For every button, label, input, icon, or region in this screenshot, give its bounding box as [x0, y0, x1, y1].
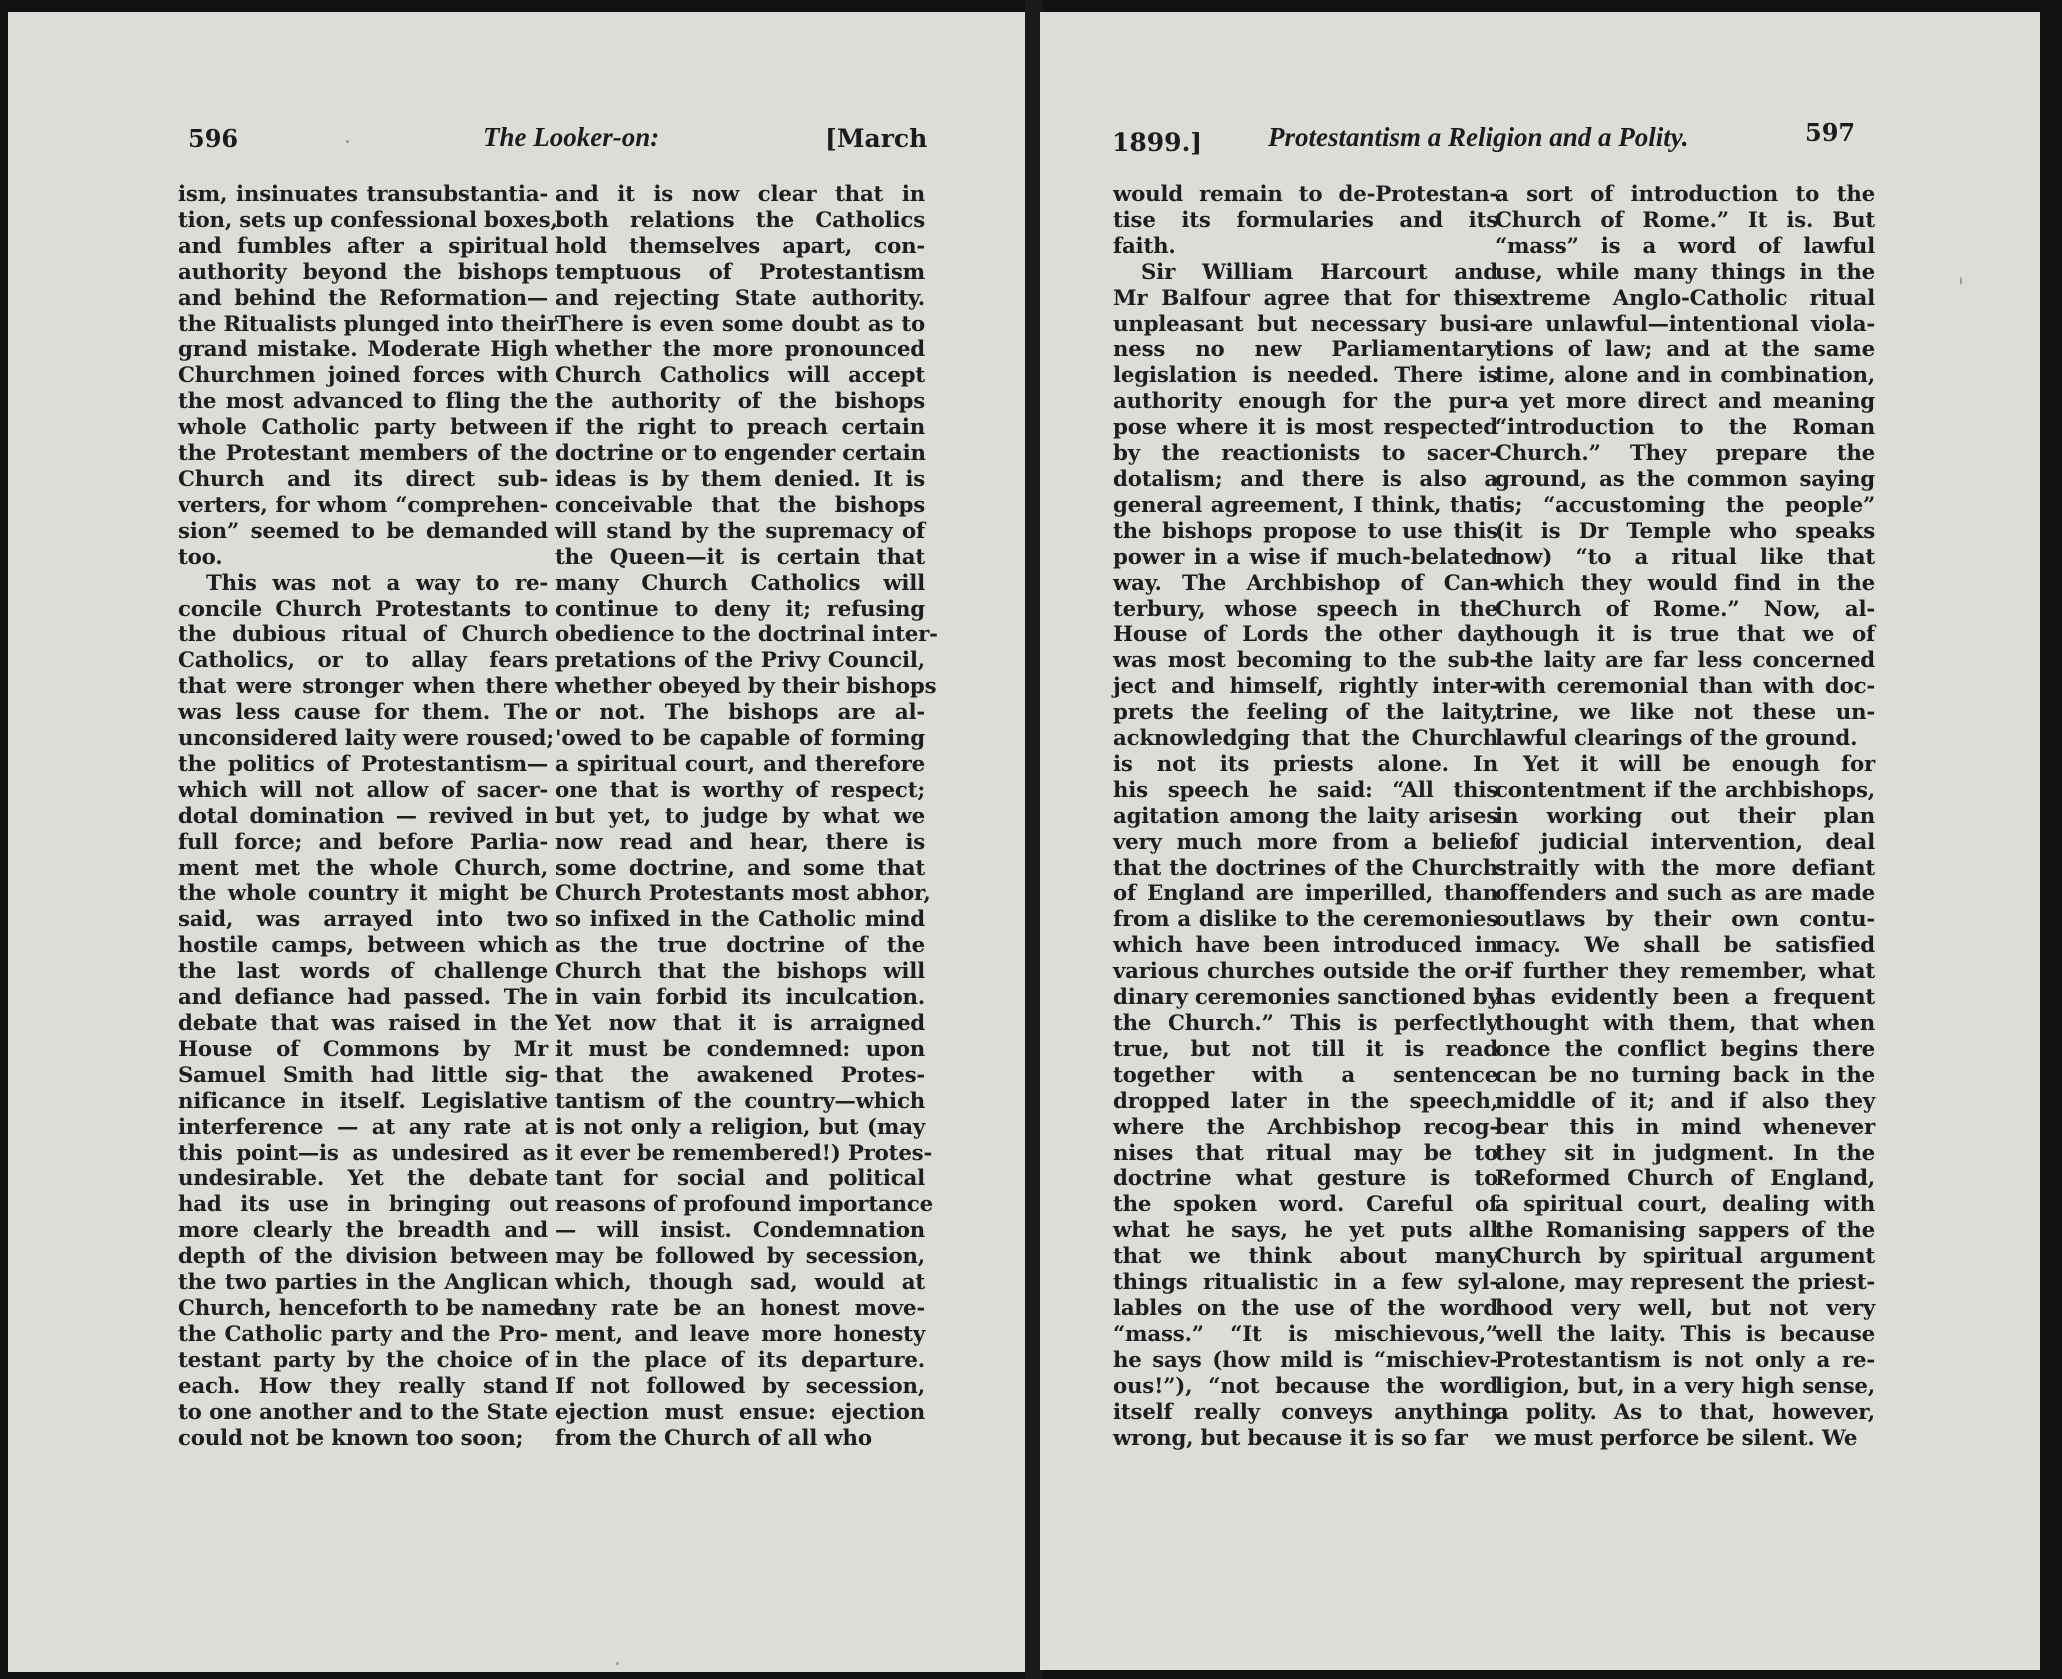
text-line: temptuous of Protestantism: [555, 260, 925, 286]
page-number-right: 597: [1805, 118, 1855, 147]
text-line: was most becoming to the sub-: [1113, 648, 1498, 674]
text-line: more clearly the breadth and: [178, 1218, 548, 1244]
text-line: the spoken word. Careful of: [1113, 1192, 1498, 1218]
text-line: has evidently been a frequent: [1495, 985, 1875, 1011]
text-line: alone, may represent the priest-: [1495, 1270, 1875, 1296]
text-line: Sir William Harcourt and: [1113, 260, 1498, 286]
text-line: Church Protestants most abhor,: [555, 881, 925, 907]
text-line: House of Commons by Mr: [178, 1037, 548, 1063]
text-line: the whole country it might be: [178, 881, 548, 907]
text-line: Church of Rome.” It is. But: [1495, 208, 1875, 234]
text-line: a spiritual court, dealing with: [1495, 1192, 1875, 1218]
text-line: Church Catholics will accept: [555, 363, 925, 389]
text-line: terbury, whose speech in the: [1113, 597, 1498, 623]
text-line: his speech he said: “All this: [1113, 778, 1498, 804]
text-line: “mass” is a word of lawful: [1495, 234, 1875, 260]
running-title-right: Protestantism a Religion and a Polity.: [1268, 122, 1689, 153]
right-page: 1899.] Protestantism a Religion and a Po…: [1040, 12, 2040, 1670]
text-line: “introduction to the Roman: [1495, 415, 1875, 441]
paper-speck: [346, 140, 349, 143]
text-line: Samuel Smith had little sig-: [178, 1063, 548, 1089]
text-line: unpleasant but necessary busi-: [1113, 312, 1498, 338]
text-line: the two parties in the Anglican: [178, 1270, 548, 1296]
text-line: Protestantism is not only a re-: [1495, 1348, 1875, 1374]
text-line: ground, as the common saying: [1495, 467, 1875, 493]
text-line: the politics of Protestantism—: [178, 752, 548, 778]
text-line: we must perforce be silent. We: [1495, 1426, 1875, 1452]
text-line: that were stronger when there: [178, 674, 548, 700]
text-line: macy. We shall be satisfied: [1495, 933, 1875, 959]
text-line: ment met the whole Church,: [178, 856, 548, 882]
text-line: trine, we like not these un-: [1495, 700, 1875, 726]
text-line: too.: [178, 545, 548, 571]
date-mark-right: 1899.]: [1112, 128, 1202, 157]
text-line: lawful clearings of the ground.: [1495, 726, 1875, 752]
text-line: he says (how mild is “mischiev-: [1113, 1348, 1498, 1374]
text-line: one that is worthy of respect;: [555, 778, 925, 804]
text-line: agitation among the laity arises: [1113, 804, 1498, 830]
text-line: “mass.” “It is mischievous,”: [1113, 1322, 1498, 1348]
text-line: the Romanising sappers of the: [1495, 1218, 1875, 1244]
text-line: the authority of the bishops: [555, 389, 925, 415]
text-line: straitly with the more defiant: [1495, 856, 1875, 882]
text-line: and behind the Reformation—: [178, 286, 548, 312]
text-line: this point—is as undesired as: [178, 1141, 548, 1167]
text-line: things ritualistic in a few syl-: [1113, 1270, 1498, 1296]
text-line: pose where it is most respected: [1113, 415, 1498, 441]
text-line: is not only a religion, but (may: [555, 1115, 925, 1141]
text-line: which they would find in the: [1495, 571, 1875, 597]
text-line: contentment if the archbishops,: [1495, 778, 1875, 804]
right-page-column-2: a sort of introduction to theChurch of R…: [1495, 182, 1875, 1451]
text-line: Church and its direct sub-: [178, 467, 548, 493]
text-line: legislation is needed. There is: [1113, 363, 1498, 389]
text-line: a yet more direct and meaning: [1495, 389, 1875, 415]
text-line: dotal domination — revived in: [178, 804, 548, 830]
running-title-left: The Looker-on:: [483, 122, 659, 153]
date-mark-left: [March: [825, 124, 927, 153]
text-line: that the awakened Protes-: [555, 1063, 925, 1089]
text-line: any rate be an honest move-: [555, 1296, 925, 1322]
text-line: each. How they really stand: [178, 1374, 548, 1400]
text-line: time, alone and in combination,: [1495, 363, 1875, 389]
text-line: This was not a way to re-: [178, 571, 548, 597]
text-line: had its use in bringing out: [178, 1192, 548, 1218]
text-line: ject and himself, rightly inter-: [1113, 674, 1498, 700]
text-line: authority enough for the pur-: [1113, 389, 1498, 415]
text-line: offenders and such as are made: [1495, 881, 1875, 907]
text-line: can be no turning back in the: [1495, 1063, 1875, 1089]
text-line: though it is true that we of: [1495, 622, 1875, 648]
left-page-column-1: ism, insinuates transubstantia-tion, set…: [178, 182, 548, 1451]
text-line: 'owed to be capable of forming: [555, 726, 925, 752]
text-line: of England are imperilled, than: [1113, 881, 1498, 907]
text-line: Mr Balfour agree that for this: [1113, 286, 1498, 312]
text-line: dropped later in the speech,: [1113, 1089, 1498, 1115]
paper-speck: [1960, 277, 1962, 285]
text-line: it ever be remembered!) Protes-: [555, 1141, 925, 1167]
text-line: where the Archbishop recog-: [1113, 1115, 1498, 1141]
text-line: from the Church of all who: [555, 1426, 925, 1452]
left-page-column-2: and it is now clear that inboth relation…: [555, 182, 925, 1451]
text-line: interference — at any rate at: [178, 1115, 548, 1141]
text-line: but yet, to judge by what we: [555, 804, 925, 830]
text-line: whether the more pronounced: [555, 337, 925, 363]
text-line: in the place of its departure.: [555, 1348, 925, 1374]
text-line: the Ritualists plunged into their: [178, 312, 548, 338]
text-line: continue to deny it; refusing: [555, 597, 925, 623]
text-line: in vain forbid its inculcation.: [555, 985, 925, 1011]
text-line: a spiritual court, and therefore: [555, 752, 925, 778]
text-line: and fumbles after a spiritual: [178, 234, 548, 260]
text-line: unconsidered laity were roused;: [178, 726, 548, 752]
text-line: ejection must ensue: ejection: [555, 1400, 925, 1426]
text-line: Churchmen joined forces with: [178, 363, 548, 389]
text-line: tion, sets up confessional boxes,: [178, 208, 548, 234]
text-line: general agreement, I think, that: [1113, 493, 1498, 519]
text-line: ness no new Parliamentary: [1113, 337, 1498, 363]
text-line: use, while many things in the: [1495, 260, 1875, 286]
text-line: middle of it; and if also they: [1495, 1089, 1875, 1115]
text-line: undesirable. Yet the debate: [178, 1166, 548, 1192]
text-line: are unlawful—intentional viola-: [1495, 312, 1875, 338]
text-line: hold themselves apart, con-: [555, 234, 925, 260]
text-line: that we think about many: [1113, 1244, 1498, 1270]
text-line: authority beyond the bishops: [178, 260, 548, 286]
text-line: very much more from a belief: [1113, 830, 1498, 856]
text-line: outlaws by their own contu-: [1495, 907, 1875, 933]
text-line: faith.: [1113, 234, 1498, 260]
text-line: ment, and leave more honesty: [555, 1322, 925, 1348]
text-line: There is even some doubt as to: [555, 312, 925, 338]
text-line: tise its formularies and its: [1113, 208, 1498, 234]
text-line: House of Lords the other day: [1113, 622, 1498, 648]
text-line: may be followed by secession,: [555, 1244, 925, 1270]
text-line: by the reactionists to sacer-: [1113, 441, 1498, 467]
text-line: if the right to preach certain: [555, 415, 925, 441]
text-line: now read and hear, there is: [555, 830, 925, 856]
text-line: will stand by the supremacy of: [555, 519, 925, 545]
text-line: pretations of the Privy Council,: [555, 648, 925, 674]
text-line: lables on the use of the word: [1113, 1296, 1498, 1322]
text-line: conceivable that the bishops: [555, 493, 925, 519]
text-line: and rejecting State authority.: [555, 286, 925, 312]
text-line: so infixed in the Catholic mind: [555, 907, 925, 933]
text-line: once the conflict begins there: [1495, 1037, 1875, 1063]
text-line: tantism of the country—which: [555, 1089, 925, 1115]
text-line: is not its priests alone. In: [1113, 752, 1498, 778]
text-line: extreme Anglo-Catholic ritual: [1495, 286, 1875, 312]
text-line: ideas is by them denied. It is: [555, 467, 925, 493]
text-line: the laity are far less concerned: [1495, 648, 1875, 674]
text-line: doctrine or to engender certain: [555, 441, 925, 467]
text-line: nises that ritual may be to: [1113, 1141, 1498, 1167]
text-line: whether obeyed by their bishops: [555, 674, 925, 700]
text-line: hood very well, but not very: [1495, 1296, 1875, 1322]
left-page: 596 The Looker-on: [March ism, insinuate…: [8, 12, 1033, 1672]
text-line: thought with them, that when: [1495, 1011, 1875, 1037]
text-line: the Catholic party and the Pro-: [178, 1322, 548, 1348]
text-line: Reformed Church of England,: [1495, 1166, 1875, 1192]
text-line: what he says, he yet puts all: [1113, 1218, 1498, 1244]
text-line: of judicial intervention, deal: [1495, 830, 1875, 856]
text-line: bear this in mind whenever: [1495, 1115, 1875, 1141]
text-line: well the laity. This is because: [1495, 1322, 1875, 1348]
text-line: would remain to de-Protestan-: [1113, 182, 1498, 208]
text-line: doctrine what gesture is to: [1113, 1166, 1498, 1192]
text-line: Catholics, or to allay fears: [178, 648, 548, 674]
text-line: dinary ceremonies sanctioned by: [1113, 985, 1498, 1011]
text-line: many Church Catholics will: [555, 571, 925, 597]
text-line: tions of law; and at the same: [1495, 337, 1875, 363]
text-line: in working out their plan: [1495, 804, 1875, 830]
text-line: nificance in itself. Legislative: [178, 1089, 548, 1115]
text-line: some doctrine, and some that: [555, 856, 925, 882]
text-line: hostile camps, between which: [178, 933, 548, 959]
text-line: true, but not till it is read: [1113, 1037, 1498, 1063]
text-line: the most advanced to fling the: [178, 389, 548, 415]
text-line: ligion, but, in a very high sense,: [1495, 1374, 1875, 1400]
text-line: could not be known too soon;: [178, 1426, 548, 1452]
text-line: Church of Rome.” Now, al-: [1495, 597, 1875, 623]
text-line: whole Catholic party between: [178, 415, 548, 441]
text-line: is; “accustoming the people”: [1495, 493, 1875, 519]
text-line: grand mistake. Moderate High: [178, 337, 548, 363]
text-line: ism, insinuates transubstantia-: [178, 182, 548, 208]
text-line: If not followed by secession,: [555, 1374, 925, 1400]
text-line: which, though sad, would at: [555, 1270, 925, 1296]
text-line: obedience to the doctrinal inter-: [555, 622, 925, 648]
text-line: they sit in judgment. In the: [1495, 1141, 1875, 1167]
text-line: prets the feeling of the laity,: [1113, 700, 1498, 726]
text-line: the last words of challenge: [178, 959, 548, 985]
text-line: the bishops propose to use this: [1113, 519, 1498, 545]
text-line: power in a wise if much-belated: [1113, 545, 1498, 571]
text-line: testant party by the choice of: [178, 1348, 548, 1374]
text-line: Church.” They prepare the: [1495, 441, 1875, 467]
text-line: wrong, but because it is so far: [1113, 1426, 1498, 1452]
text-line: or not. The bishops are al-: [555, 700, 925, 726]
text-line: Church by spiritual argument: [1495, 1244, 1875, 1270]
text-line: that the doctrines of the Church: [1113, 856, 1498, 882]
text-line: from a dislike to the ceremonies: [1113, 907, 1498, 933]
text-line: itself really conveys anything: [1113, 1400, 1498, 1426]
text-line: Yet now that it is arraigned: [555, 1011, 925, 1037]
text-line: a sort of introduction to the: [1495, 182, 1875, 208]
text-line: Church that the bishops will: [555, 959, 925, 985]
text-line: said, was arrayed into two: [178, 907, 548, 933]
text-line: various churches outside the or-: [1113, 959, 1498, 985]
text-line: and it is now clear that in: [555, 182, 925, 208]
text-line: concile Church Protestants to: [178, 597, 548, 623]
text-line: and defiance had passed. The: [178, 985, 548, 1011]
text-line: if further they remember, what: [1495, 959, 1875, 985]
text-line: a polity. As to that, however,: [1495, 1400, 1875, 1426]
text-line: as the true doctrine of the: [555, 933, 925, 959]
text-line: both relations the Catholics: [555, 208, 925, 234]
text-line: which will not allow of sacer-: [178, 778, 548, 804]
text-line: the dubious ritual of Church: [178, 622, 548, 648]
text-line: debate that was raised in the: [178, 1011, 548, 1037]
text-line: sion” seemed to be demanded: [178, 519, 548, 545]
text-line: with ceremonial than with doc-: [1495, 674, 1875, 700]
text-line: which have been introduced in: [1113, 933, 1498, 959]
paper-speck: [616, 1662, 619, 1665]
text-line: depth of the division between: [178, 1244, 548, 1270]
text-line: now) “to a ritual like that: [1495, 545, 1875, 571]
text-line: Yet it will be enough for: [1495, 752, 1875, 778]
text-line: the Church.” This is perfectly: [1113, 1011, 1498, 1037]
right-page-column-1: would remain to de-Protestan-tise its fo…: [1113, 182, 1498, 1451]
text-line: — will insist. Condemnation: [555, 1218, 925, 1244]
text-line: reasons of profound importance: [555, 1192, 925, 1218]
text-line: together with a sentence: [1113, 1063, 1498, 1089]
left-page-header: 596 The Looker-on: [March: [8, 124, 1033, 164]
text-line: dotalism; and there is also a: [1113, 467, 1498, 493]
text-line: Church, henceforth to be named: [178, 1296, 548, 1322]
text-line: it must be condemned: upon: [555, 1037, 925, 1063]
text-line: the Protestant members of the: [178, 441, 548, 467]
text-line: the Queen—it is certain that: [555, 545, 925, 571]
text-line: acknowledging that the Church: [1113, 726, 1498, 752]
text-line: way. The Archbishop of Can-: [1113, 571, 1498, 597]
right-page-header: 1899.] Protestantism a Religion and a Po…: [1040, 124, 2040, 164]
text-line: tant for social and political: [555, 1166, 925, 1192]
text-line: to one another and to the State: [178, 1400, 548, 1426]
text-line: ous!”), “not because the word: [1113, 1374, 1498, 1400]
page-number-left: 596: [188, 124, 238, 153]
text-line: (it is Dr Temple who speaks: [1495, 519, 1875, 545]
text-line: full force; and before Parlia-: [178, 830, 548, 856]
text-line: was less cause for them. The: [178, 700, 548, 726]
text-line: verters, for whom “comprehen-: [178, 493, 548, 519]
